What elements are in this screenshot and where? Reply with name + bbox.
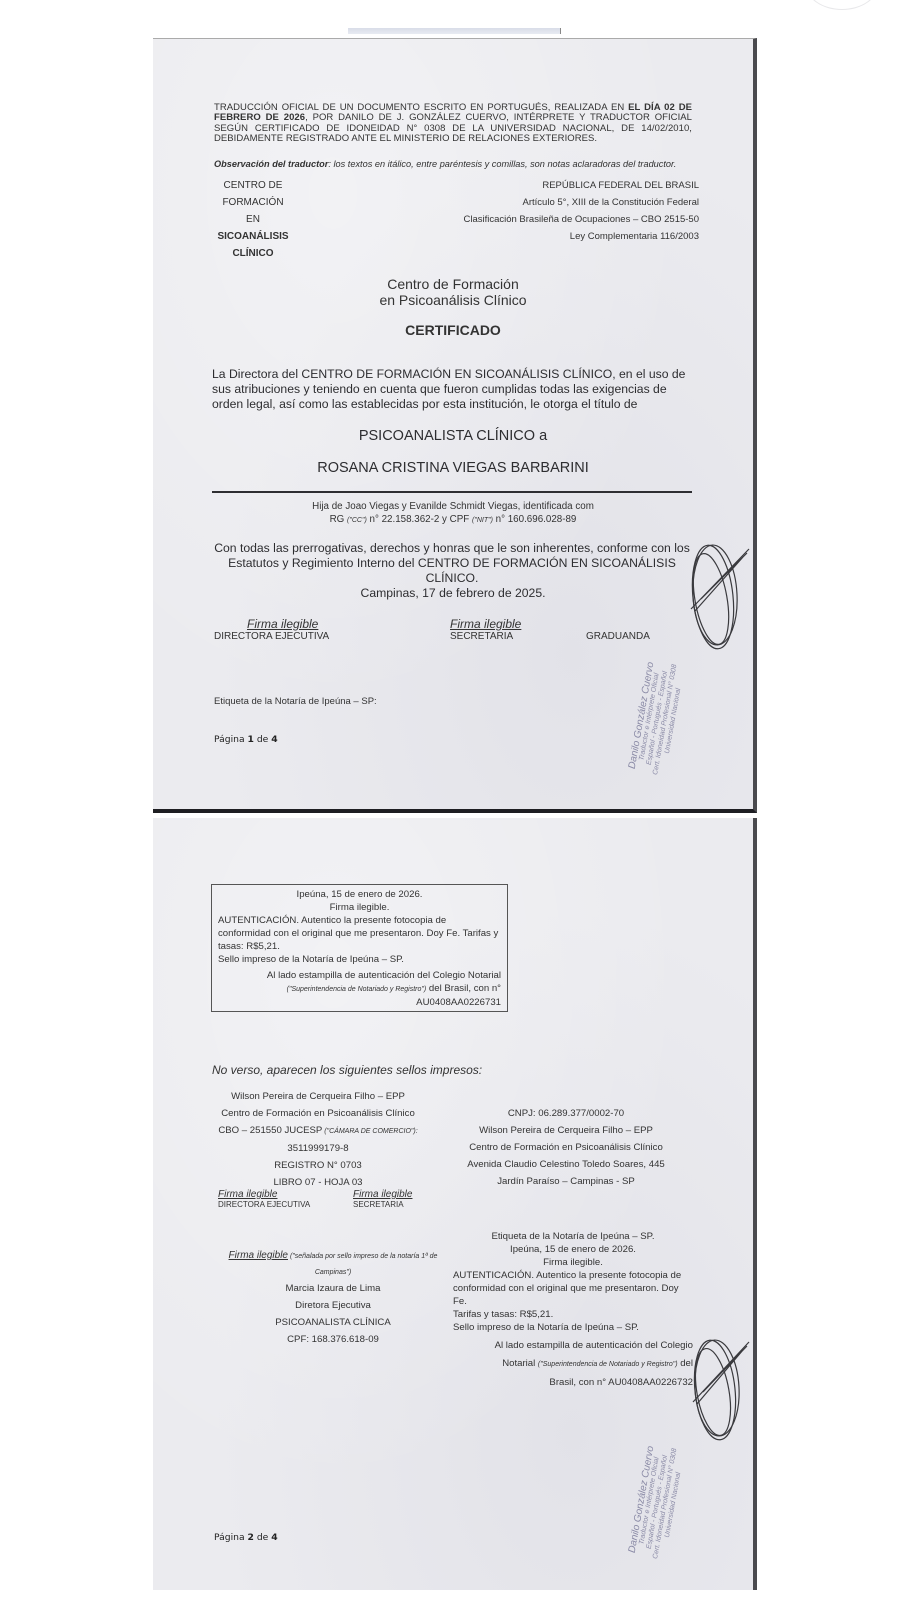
document-page-2: Ipeúna, 15 de enero de 2026. Firma ilegi… — [153, 818, 757, 1590]
signature-director: Firma ilegible DIRECTORA EJECUTIVA — [214, 617, 329, 642]
translation-note: TRADUCCIÓN OFICIAL DE UN DOCUMENTO ESCRI… — [214, 103, 692, 145]
place-date: Campinas, 17 de febrero de 2025. — [153, 586, 753, 601]
director-signature-block: Firma ilegible ("señalada por sello impr… — [213, 1248, 453, 1348]
recipient-name: ROSANA CRISTINA VIEGAS BARBARINI — [153, 460, 753, 476]
certificate-body: La Directora del CENTRO DE FORMACIÓN EN … — [212, 367, 694, 412]
institution-name: Centro de Formación en Psicoanálisis Clí… — [153, 276, 753, 308]
corner-decoration — [806, 0, 878, 10]
divider — [212, 491, 692, 493]
signature-graduate: GRADUANDA — [586, 631, 650, 642]
signature-director-small: Firma ilegible DIRECTORA EJECUTIVA — [218, 1189, 310, 1209]
translator-seal: Danilo González Cuervo Traductor e Intér… — [673, 1438, 753, 1548]
handwritten-signature-icon — [681, 539, 751, 659]
verso-heading: No verso, aparecen los siguientes sellos… — [212, 1063, 482, 1077]
authentication-stamp-box: Ipeúna, 15 de enero de 2026. Firma ilegi… — [211, 884, 508, 1012]
left-printed-stamp: Wilson Pereira de Cerqueira Filho – EPP … — [203, 1088, 433, 1191]
signature-secretary-small: Firma ilegible SECRETARIA — [353, 1189, 412, 1209]
notary-authentication-block: Etiqueta de la Notaría de Ipeúna – SP. I… — [453, 1230, 693, 1392]
notary-label: Etiqueta de la Notaría de Ipeúna – SP: — [214, 696, 377, 707]
handwritten-signature-icon — [683, 1328, 753, 1448]
prerogatives-paragraph: Con todas las prerrogativas, derechos y … — [207, 541, 697, 586]
signature-secretary: Firma ilegible SECRETARIA — [450, 617, 521, 642]
degree-title: PSICOANALISTA CLÍNICO a — [153, 428, 753, 444]
scanner-edge — [348, 28, 561, 34]
translator-observation: Observación del traductor: los textos en… — [214, 159, 694, 169]
document-title: CERTIFICADO — [153, 322, 753, 338]
right-printed-stamp: CNPJ: 06.289.377/0002-70 Wilson Pereira … — [451, 1105, 681, 1190]
institution-logo-text: CENTRO DE FORMACIÓN EN SICOANÁLISIS CLÍN… — [203, 177, 303, 262]
page-number: Página 1 de 4 — [214, 734, 278, 745]
recipient-identification: Hija de Joao Viegas y Evanilde Schmidt V… — [153, 500, 753, 527]
document-page-1: TRADUCCIÓN OFICIAL DE UN DOCUMENTO ESCRI… — [153, 38, 757, 813]
translator-seal: Danilo González Cuervo Traductor e Intér… — [673, 654, 753, 764]
legal-header: REPÚBLICA FEDERAL DEL BRASIL Artículo 5°… — [399, 177, 699, 245]
page-number: Página 2 de 4 — [214, 1532, 278, 1543]
